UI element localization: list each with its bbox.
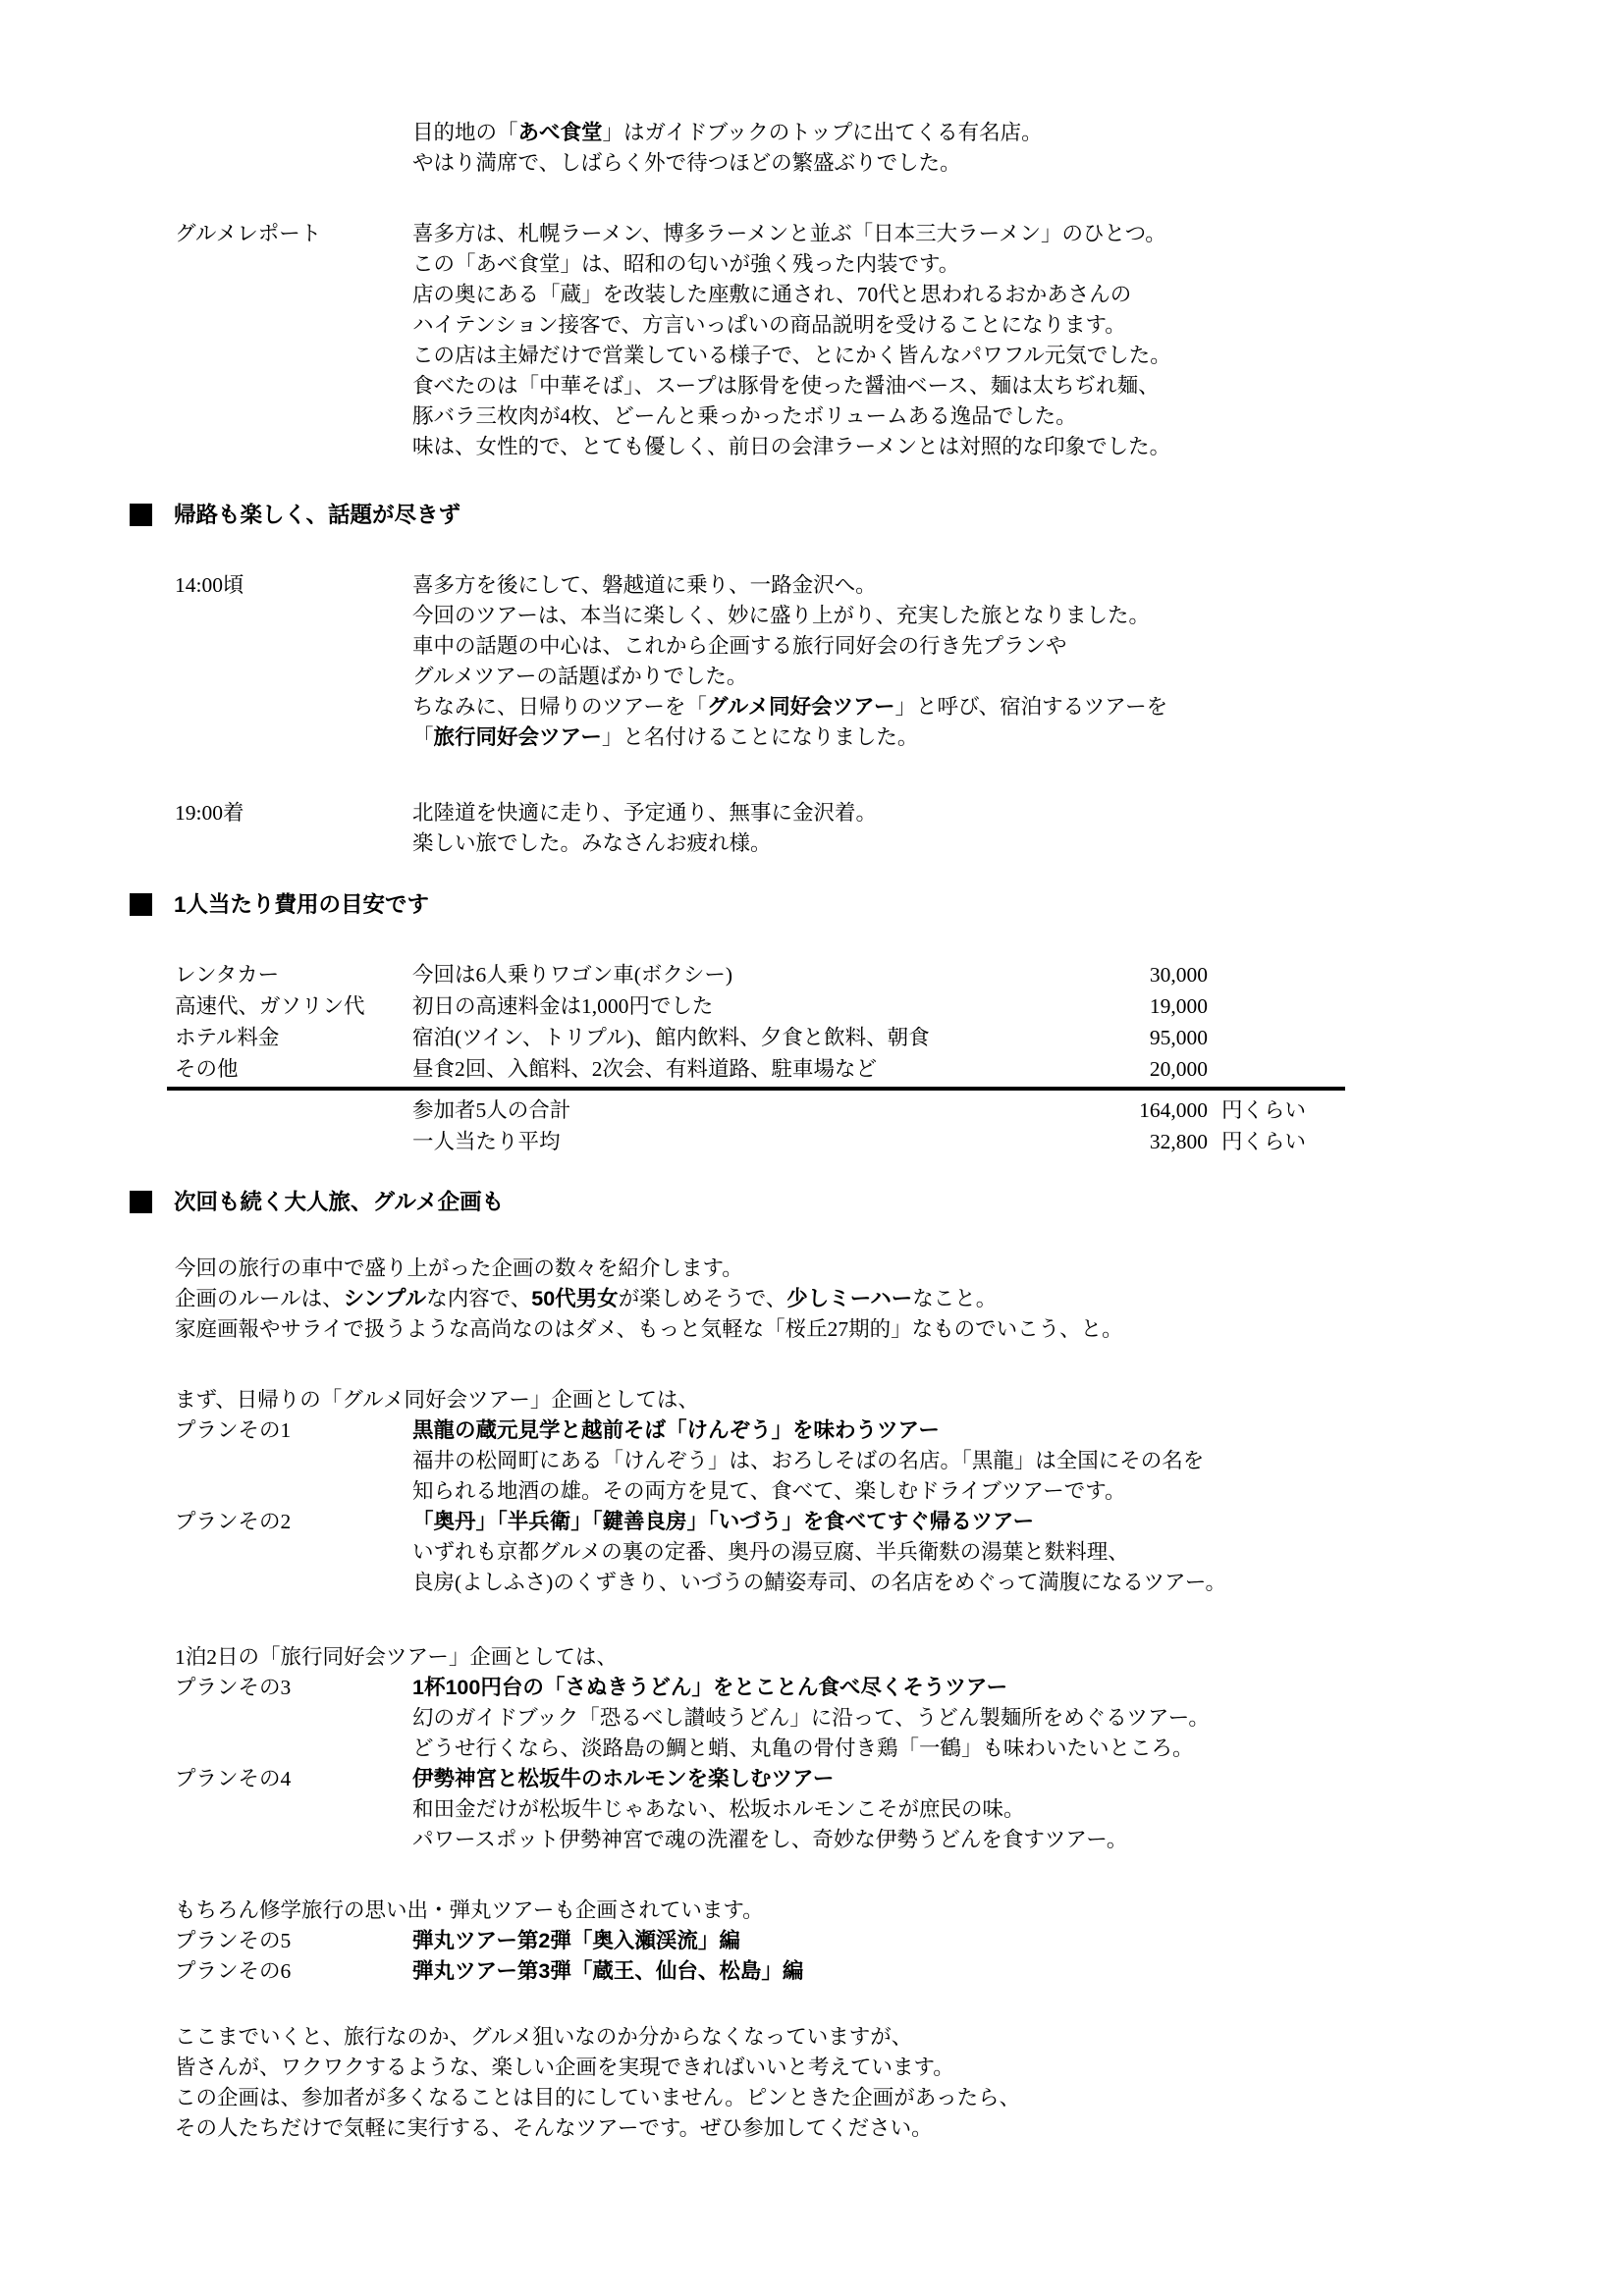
text-line: 弾丸ツアー第2弾「奥入瀬渓流」編 bbox=[412, 1926, 1481, 1956]
document-content: 目的地の「あべ食堂」はガイドブックのトップに出てくる有名店。やはり満席で、しばら… bbox=[175, 118, 1481, 2144]
text-line: 弾丸ツアー第3弾「蔵王、仙台、松島」編 bbox=[412, 1956, 1481, 1987]
row-label: プランその2 bbox=[175, 1507, 412, 1598]
text-line: 食べたのは「中華そば」、スープは豚骨を使った醤油ベース、麺は太ちぢれ麺、 bbox=[412, 371, 1481, 401]
bold-text: 黒龍の蔵元見学と越前そば「けんぞう」を味わうツアー bbox=[412, 1418, 940, 1442]
schedule-1400: 14:00頃喜多方を後にして、磐越道に乗り、一路金沢へ。今回のツアーは、本当に楽… bbox=[175, 570, 1481, 753]
cost-row: レンタカー今回は6人乗りワゴン車(ボクシー)30,000 bbox=[175, 959, 1481, 990]
text-line: 「旅行同好会ツアー」と名付けることになりました。 bbox=[412, 722, 1481, 753]
cost-description: 宿泊(ツイン、トリプル)、館内飲料、夕食と飲料、朝食 bbox=[412, 1022, 1080, 1053]
plan-4: プランその4伊勢神宮と松坂牛のホルモンを楽しむツアー和田金だけが松坂牛じゃあない… bbox=[175, 1764, 1481, 1855]
row-label: グルメレポート bbox=[175, 219, 412, 462]
cost-amount-suffix: 円くらい bbox=[1208, 1095, 1306, 1126]
cost-total-row: 一人当たり平均32,800円くらい bbox=[175, 1126, 1481, 1157]
row-label: 14:00頃 bbox=[175, 570, 412, 753]
plan-3: プランその31杯100円台の「さぬきうどん」をとことん食べ尽くそうツアー幻のガイ… bbox=[175, 1673, 1481, 1764]
row-body: 1杯100円台の「さぬきうどん」をとことん食べ尽くそうツアー幻のガイドブック「恐… bbox=[412, 1673, 1481, 1764]
row-body: 喜多方は、札幌ラーメン、博多ラーメンと並ぶ「日本三大ラーメン」のひとつ。この「あ… bbox=[412, 219, 1481, 462]
text-line: 楽しい旅でした。みなさんお疲れ様。 bbox=[412, 828, 1481, 859]
text-line: どうせ行くなら、淡路島の鯛と蛸、丸亀の骨付き鶏「一鶴」も味わいたいところ。 bbox=[412, 1734, 1481, 1764]
cost-amount: 95,000 bbox=[1080, 1022, 1208, 1053]
bold-text: 弾丸ツアー第2弾「奥入瀬渓流」編 bbox=[412, 1929, 740, 1952]
section-next-plans: 次回も続く大人旅、グルメ企画も bbox=[130, 1187, 1481, 1217]
bold-text: グルメ同好会ツアー bbox=[707, 695, 895, 719]
cost-amount-suffix bbox=[1208, 1022, 1221, 1053]
text-line: 北陸道を快適に走り、予定通り、無事に金沢着。 bbox=[412, 798, 1481, 828]
cost-label bbox=[175, 1126, 412, 1157]
schedule-1900: 19:00着北陸道を快適に走り、予定通り、無事に金沢着。楽しい旅でした。みなさん… bbox=[175, 798, 1481, 859]
row-body: 弾丸ツアー第2弾「奥入瀬渓流」編 bbox=[412, 1926, 1481, 1956]
cost-row: ホテル料金宿泊(ツイン、トリプル)、館内飲料、夕食と飲料、朝食95,000 bbox=[175, 1022, 1481, 1053]
cost-label: その他 bbox=[175, 1053, 412, 1085]
text-line: 「奥丹」「半兵衛」「鍵善良房」「いづう」を食べてすぐ帰るツアー bbox=[412, 1507, 1481, 1537]
table-total-divider bbox=[167, 1087, 1345, 1091]
text-line: その人たちだけで気軽に実行する、そんなツアーです。ぜひ参加してください。 bbox=[175, 2113, 1481, 2144]
daytrip-intro: まず、日帰りの「グルメ同好会ツアー」企画としては、 bbox=[175, 1385, 1481, 1415]
text-line: 豚バラ三枚肉が4枚、どーんと乗っかったボリュームある逸品でした。 bbox=[412, 401, 1481, 432]
text-line: 知られる地酒の雄。その両方を見て、食べて、楽しむドライブツアーです。 bbox=[412, 1476, 1481, 1507]
cost-row: 高速代、ガソリン代初日の高速料金は1,000円でした19,000 bbox=[175, 990, 1481, 1022]
row-label: プランその6 bbox=[175, 1956, 412, 1987]
text-line: ここまでいくと、旅行なのか、グルメ狙いなのか分からなくなっていますが、 bbox=[175, 2022, 1481, 2053]
text-line: いずれも京都グルメの裏の定番、奥丹の湯豆腐、半兵衛麩の湯葉と麩料理、 bbox=[412, 1537, 1481, 1568]
plan-2: プランその2「奥丹」「半兵衛」「鍵善良房」「いづう」を食べてすぐ帰るツアーいずれ… bbox=[175, 1507, 1481, 1598]
text-line: 1泊2日の「旅行同好会ツアー」企画としては、 bbox=[175, 1642, 1481, 1673]
section-title: 次回も続く大人旅、グルメ企画も bbox=[174, 1187, 504, 1217]
text-line: 車中の話題の中心は、これから企画する旅行同好会の行き先プランや bbox=[412, 631, 1481, 662]
plan-5: プランその5弾丸ツアー第2弾「奥入瀬渓流」編 bbox=[175, 1926, 1481, 1956]
cost-label bbox=[175, 1095, 412, 1126]
overnight-intro: 1泊2日の「旅行同好会ツアー」企画としては、 bbox=[175, 1642, 1481, 1673]
bold-text: 旅行同好会ツアー bbox=[434, 725, 602, 749]
text-line: 黒龍の蔵元見学と越前そば「けんぞう」を味わうツアー bbox=[412, 1415, 1481, 1446]
bullet-intro: もちろん修学旅行の思い出・弾丸ツアーも企画されています。 bbox=[175, 1896, 1481, 1926]
cost-label: 高速代、ガソリン代 bbox=[175, 990, 412, 1022]
gourmet-report: グルメレポート喜多方は、札幌ラーメン、博多ラーメンと並ぶ「日本三大ラーメン」のひ… bbox=[175, 219, 1481, 462]
row-label: 19:00着 bbox=[175, 798, 412, 859]
cost-amount-suffix: 円くらい bbox=[1208, 1126, 1306, 1157]
section-marker-square-icon bbox=[130, 1191, 152, 1213]
bold-text: 50代男女 bbox=[531, 1287, 618, 1310]
text-line: 企画のルールは、シンプルな内容で、50代男女が楽しめそうで、少しミーハーなこと。 bbox=[175, 1284, 1481, 1314]
row-body: 北陸道を快適に走り、予定通り、無事に金沢着。楽しい旅でした。みなさんお疲れ様。 bbox=[412, 798, 1481, 859]
cost-label: ホテル料金 bbox=[175, 1022, 412, 1053]
section-marker-square-icon bbox=[130, 504, 152, 526]
text-line: 幻のガイドブック「恐るべし讃岐うどん」に沿って、うどん製麺所をめぐるツアー。 bbox=[412, 1703, 1481, 1734]
text-line: 店の奥にある「蔵」を改装した座敷に通され、70代と思われるおかあさんの bbox=[412, 280, 1481, 310]
plan-rules: 今回の旅行の車中で盛り上がった企画の数々を紹介します。企画のルールは、シンプルな… bbox=[175, 1254, 1481, 1345]
section-cost: 1人当たり費用の目安です bbox=[130, 889, 1481, 920]
cost-label: レンタカー bbox=[175, 959, 412, 990]
plan-6: プランその6弾丸ツアー第3弾「蔵王、仙台、松島」編 bbox=[175, 1956, 1481, 1987]
text-line: この「あべ食堂」は、昭和の匂いが強く残った内装です。 bbox=[412, 249, 1481, 280]
text-line: 今回のツアーは、本当に楽しく、妙に盛り上がり、充実した旅となりました。 bbox=[412, 601, 1481, 631]
text-line: 目的地の「あべ食堂」はガイドブックのトップに出てくる有名店。 bbox=[412, 118, 1481, 148]
text-line: 喜多方は、札幌ラーメン、博多ラーメンと並ぶ「日本三大ラーメン」のひとつ。 bbox=[412, 219, 1481, 249]
text-line: 喜多方を後にして、磐越道に乗り、一路金沢へ。 bbox=[412, 570, 1481, 601]
section-marker-square-icon bbox=[130, 893, 152, 916]
bold-text: 伊勢神宮と松坂牛のホルモンを楽しむツアー bbox=[412, 1767, 834, 1790]
row-body: 喜多方を後にして、磐越道に乗り、一路金沢へ。今回のツアーは、本当に楽しく、妙に盛… bbox=[412, 570, 1481, 753]
text-line: この企画は、参加者が多くなることは目的にしていません。ピンときた企画があったら、 bbox=[175, 2083, 1481, 2113]
cost-description: 参加者5人の合計 bbox=[412, 1095, 1080, 1126]
cost-table: レンタカー今回は6人乗りワゴン車(ボクシー)30,000高速代、ガソリン代初日の… bbox=[175, 959, 1481, 1157]
document-page: 目的地の「あべ食堂」はガイドブックのトップに出てくる有名店。やはり満席で、しばら… bbox=[0, 0, 1624, 2296]
cost-description: 今回は6人乗りワゴン車(ボクシー) bbox=[412, 959, 1080, 990]
row-label: プランその1 bbox=[175, 1415, 412, 1507]
text-line: 味は、女性的で、とても優しく、前日の会津ラーメンとは対照的な印象でした。 bbox=[412, 432, 1481, 462]
row-label: プランその5 bbox=[175, 1926, 412, 1956]
text-line: 皆さんが、ワクワクするような、楽しい企画を実現できればいいと考えています。 bbox=[175, 2053, 1481, 2083]
cost-row: その他昼食2回、入館料、2次会、有料道路、駐車場など20,000 bbox=[175, 1053, 1481, 1085]
row-label: プランその3 bbox=[175, 1673, 412, 1764]
row-body: 「奥丹」「半兵衛」「鍵善良房」「いづう」を食べてすぐ帰るツアーいずれも京都グルメ… bbox=[412, 1507, 1481, 1598]
cost-description: 昼食2回、入館料、2次会、有料道路、駐車場など bbox=[412, 1053, 1080, 1085]
cost-amount: 19,000 bbox=[1080, 990, 1208, 1022]
text-line: グルメツアーの話題ばかりでした。 bbox=[412, 662, 1481, 692]
row-label: プランその4 bbox=[175, 1764, 412, 1855]
text-line: ハイテンション接客で、方言いっぱいの商品説明を受けることになります。 bbox=[412, 310, 1481, 341]
cost-amount: 20,000 bbox=[1080, 1053, 1208, 1085]
cost-amount: 32,800 bbox=[1080, 1126, 1208, 1157]
row-body: 黒龍の蔵元見学と越前そば「けんぞう」を味わうツアー福井の松岡町にある「けんぞう」… bbox=[412, 1415, 1481, 1507]
text-line: この店は主婦だけで営業している様子で、とにかく皆んなパワフル元気でした。 bbox=[412, 341, 1481, 371]
text-line: まず、日帰りの「グルメ同好会ツアー」企画としては、 bbox=[175, 1385, 1481, 1415]
cost-amount-suffix bbox=[1208, 959, 1221, 990]
text-line: 和田金だけが松坂牛じゃあない、松坂ホルモンこそが庶民の味。 bbox=[412, 1794, 1481, 1825]
closing-paragraph: ここまでいくと、旅行なのか、グルメ狙いなのか分からなくなっていますが、皆さんが、… bbox=[175, 2022, 1481, 2144]
intro-paragraph: 目的地の「あべ食堂」はガイドブックのトップに出てくる有名店。やはり満席で、しばら… bbox=[412, 118, 1481, 179]
cost-amount-suffix bbox=[1208, 990, 1221, 1022]
cost-description: 一人当たり平均 bbox=[412, 1126, 1080, 1157]
section-title: 1人当たり費用の目安です bbox=[174, 889, 429, 920]
bold-text: 1杯100円台の「さぬきうどん」をとことん食べ尽くそうツアー bbox=[412, 1676, 1007, 1699]
cost-amount-suffix bbox=[1208, 1053, 1221, 1085]
bold-text: 少しミーハー bbox=[786, 1287, 912, 1310]
bold-text: 「奥丹」「半兵衛」「鍵善良房」「いづう」を食べてすぐ帰るツアー bbox=[412, 1510, 1034, 1533]
section-return-trip: 帰路も楽しく、話題が尽きず bbox=[130, 500, 1481, 530]
row-body: 弾丸ツアー第3弾「蔵王、仙台、松島」編 bbox=[412, 1956, 1481, 1987]
row-body: 伊勢神宮と松坂牛のホルモンを楽しむツアー和田金だけが松坂牛じゃあない、松坂ホルモ… bbox=[412, 1764, 1481, 1855]
bold-text: シンプル bbox=[344, 1287, 427, 1310]
bold-text: 弾丸ツアー第3弾「蔵王、仙台、松島」編 bbox=[412, 1959, 803, 1983]
text-line: 1杯100円台の「さぬきうどん」をとことん食べ尽くそうツアー bbox=[412, 1673, 1481, 1703]
text-line: やはり満席で、しばらく外で待つほどの繁盛ぶりでした。 bbox=[412, 148, 1481, 179]
plan-1: プランその1黒龍の蔵元見学と越前そば「けんぞう」を味わうツアー福井の松岡町にある… bbox=[175, 1415, 1481, 1507]
text-line: もちろん修学旅行の思い出・弾丸ツアーも企画されています。 bbox=[175, 1896, 1481, 1926]
text-line: 今回の旅行の車中で盛り上がった企画の数々を紹介します。 bbox=[175, 1254, 1481, 1284]
cost-amount: 164,000 bbox=[1080, 1095, 1208, 1126]
section-title: 帰路も楽しく、話題が尽きず bbox=[174, 500, 460, 530]
text-line: 家庭画報やサライで扱うような高尚なのはダメ、もっと気軽な「桜丘27期的」なもので… bbox=[175, 1314, 1481, 1345]
text-line: 福井の松岡町にある「けんぞう」は、おろしそばの名店。「黒龍」は全国にその名を bbox=[412, 1446, 1481, 1476]
text-line: パワースポット伊勢神宮で魂の洗濯をし、奇妙な伊勢うどんを食すツアー。 bbox=[412, 1825, 1481, 1855]
bold-text: あべ食堂 bbox=[518, 121, 603, 144]
cost-amount: 30,000 bbox=[1080, 959, 1208, 990]
text-line: 良房(よしふさ)のくずきり、いづうの鯖姿寿司、の名店をめぐって満腹になるツアー。 bbox=[412, 1568, 1481, 1598]
text-line: ちなみに、日帰りのツアーを「グルメ同好会ツアー」と呼び、宿泊するツアーを bbox=[412, 692, 1481, 722]
cost-total-row: 参加者5人の合計164,000円くらい bbox=[175, 1095, 1481, 1126]
text-line: 伊勢神宮と松坂牛のホルモンを楽しむツアー bbox=[412, 1764, 1481, 1794]
cost-description: 初日の高速料金は1,000円でした bbox=[412, 990, 1080, 1022]
